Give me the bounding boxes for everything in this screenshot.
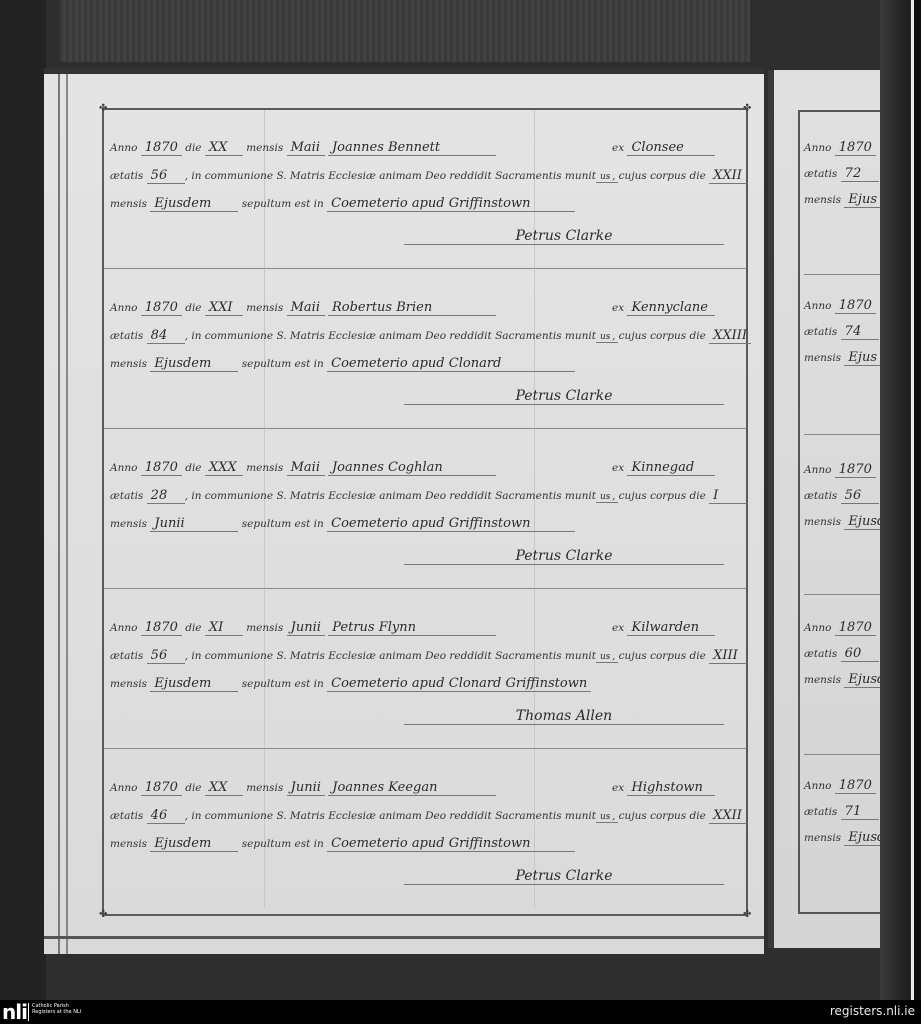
entry-line-1: Anno 1870 die XXX mensis Maii Joannes Co… [110,460,496,480]
corner-ornament: ✤ [99,911,107,919]
ruling-line [264,750,265,908]
priest-signature: Thomas Allen [404,708,724,725]
burial-place: Coemeterio apud Clonard [327,356,575,372]
burial-day: XXII [709,808,747,824]
burial-month: Ejus [844,192,882,208]
month-value: Maii [287,460,325,476]
month-value: Maii [287,140,325,156]
age-value: 71 [841,804,879,820]
age-value: 74 [841,324,879,340]
burial-place: Coemeterio apud Griffinstown [327,836,575,852]
viewer-edge [914,0,921,1000]
corner-ornament: ✤ [743,911,751,919]
entry-line-1: Anno 1870 die XI mensis Junii Petrus Fly… [110,620,496,640]
register-entry: Anno 1870 die XX mensis Maii Joannes Ben… [104,110,746,269]
age-value: 46 [147,808,185,824]
logo-caption: Catholic Parish Registers at the NLI [32,1003,92,1015]
priest-signature: Petrus Clarke [404,548,724,565]
origin-line: ex Kinnegad [612,460,715,476]
deceased-name: Joannes Bennett [328,140,496,156]
origin-place: Highstown [627,780,715,796]
entry-line-3: mensis Junii sepultum est in Coemeterio … [110,516,575,536]
year-value: 1870 [835,620,876,636]
ruling-line [264,590,265,748]
year-value: 1870 [835,298,876,314]
ruling-line [264,430,265,588]
burial-month: Ejus [844,350,882,366]
day-value: XI [205,620,243,636]
burial-month: Ejusdem [150,836,238,852]
entry-line-3: mensis Ejusdem sepultum est in Coemeteri… [110,836,575,856]
burial-month: Ejusdem [150,676,238,692]
age-value: 84 [147,328,185,344]
age-value: 28 [147,488,185,504]
origin-line: ex Highstown [612,780,715,796]
entry-line-1: Anno 1870 die XXI mensis Maii Robertus B… [110,300,496,320]
day-value: XX [205,140,243,156]
entry-line-2: ætatis 56, in communione S. Matris Eccle… [110,648,618,668]
burial-place: Coemeterio apud Griffinstown [327,516,575,532]
year-value: 1870 [835,140,876,156]
day-value: XXX [205,460,243,476]
age-value: 56 [147,168,185,184]
origin-place: Clonsee [627,140,715,156]
priest-signature: Petrus Clarke [404,868,724,885]
register-page-right-partial: Anno 1870 ætatis 72 mensis Ejus Anno 187… [768,70,886,948]
footer-bar: nli Catholic Parish Registers at the NLI… [0,1000,921,1024]
day-value: XX [205,780,243,796]
burial-day: XXIII [709,328,751,344]
entry-line-2: ætatis 56, in communione S. Matris Eccle… [110,168,618,188]
site-link[interactable]: registers.nli.ie [830,1004,915,1018]
facing-entry: Anno 1870 ætatis 72 mensis Ejus [804,140,882,218]
year-value: 1870 [835,778,876,794]
age-value: 56 [147,648,185,664]
year-value: 1870 [835,462,876,478]
deceased-name: Joannes Keegan [328,780,496,796]
deceased-name: Petrus Flynn [328,620,496,636]
page-bottom-rule [44,936,764,939]
binding-shadow [0,0,46,1000]
origin-line: ex Kilwarden [612,620,715,636]
origin-place: Kennyclane [627,300,715,316]
nli-logo[interactable]: nli [2,1002,27,1022]
year-value: 1870 [141,140,182,156]
month-value: Maii [287,300,325,316]
facing-entry: Anno 1870 ætatis 74 mensis Ejus [804,298,882,376]
deceased-name: Robertus Brien [328,300,496,316]
logo-divider [28,1003,29,1021]
month-value: Junii [287,620,325,636]
ruling-line [264,110,265,268]
burial-day-line: , cujus corpus die XXII [612,808,747,824]
priest-signature: Petrus Clarke [404,388,724,405]
year-value: 1870 [141,780,182,796]
burial-day-line: , cujus corpus die I [612,488,747,504]
page-gutter-lines [58,74,68,954]
age-value: 72 [841,166,879,182]
entries-frame: ✤ ✤ ✤ ✤ Anno 1870 die XX mensis Maii Joa… [102,108,748,916]
priest-signature: Petrus Clarke [404,228,724,245]
entry-line-2: ætatis 84, in communione S. Matris Eccle… [110,328,618,348]
facing-entry: Anno 1870 ætatis 60 mensis Ejusd [804,620,889,698]
entry-line-1: Anno 1870 die XX mensis Junii Joannes Ke… [110,780,496,800]
burial-day-line: , cujus corpus die XXII [612,168,747,184]
origin-line: ex Clonsee [612,140,715,156]
burial-day-line: , cujus corpus die XXIII [612,328,751,344]
month-value: Junii [287,780,325,796]
burial-month: Junii [150,516,238,532]
register-entry: Anno 1870 die XI mensis Junii Petrus Fly… [104,590,746,749]
register-entry: Anno 1870 die XXX mensis Maii Joannes Co… [104,430,746,589]
burial-month: Ejusdem [150,196,238,212]
burial-place: Coemeterio apud Clonard Griffinstown [327,676,591,692]
burial-place: Coemeterio apud Griffinstown [327,196,575,212]
burial-day: XXII [709,168,747,184]
deceased-name: Joannes Coghlan [328,460,496,476]
origin-line: ex Kennyclane [612,300,715,316]
origin-place: Kilwarden [627,620,715,636]
entry-line-3: mensis Ejusdem sepultum est in Coemeteri… [110,196,575,216]
register-entry: Anno 1870 die XX mensis Junii Joannes Ke… [104,750,746,908]
age-value: 56 [841,488,879,504]
entry-line-3: mensis Ejusdem sepultum est in Coemeteri… [110,356,575,376]
entry-line-3: mensis Ejusdem sepultum est in Coemeteri… [110,676,591,696]
burial-day: I [709,488,747,504]
burial-month: Ejusdem [150,356,238,372]
age-value: 60 [841,646,879,662]
book-edge-shadow [880,0,910,1000]
register-entry: Anno 1870 die XXI mensis Maii Robertus B… [104,270,746,429]
burial-day-line: , cujus corpus die XIII [612,648,747,664]
book-cover-texture [60,0,750,62]
entry-line-2: ætatis 46, in communione S. Matris Eccle… [110,808,618,828]
year-value: 1870 [141,460,182,476]
facing-entry: Anno 1870 ætatis 56 mensis Ejusd [804,462,889,540]
register-page-left: ✤ ✤ ✤ ✤ Anno 1870 die XX mensis Maii Joa… [44,68,764,954]
entry-line-1: Anno 1870 die XX mensis Maii Joannes Ben… [110,140,496,160]
day-value: XXI [205,300,243,316]
ruling-line [264,270,265,428]
burial-day: XIII [709,648,747,664]
year-value: 1870 [141,300,182,316]
year-value: 1870 [141,620,182,636]
origin-place: Kinnegad [627,460,715,476]
entry-line-2: ætatis 28, in communione S. Matris Eccle… [110,488,618,508]
